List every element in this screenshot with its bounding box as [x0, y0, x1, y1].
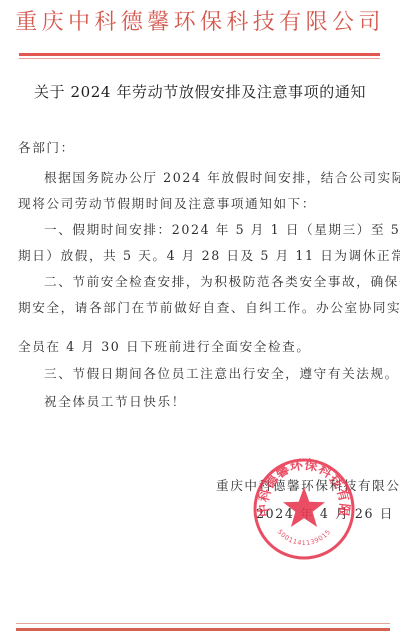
footer-rule-thick — [16, 628, 390, 631]
notice-title: 关于 2024 年劳动节放假安排及注意事项的通知 — [0, 82, 400, 102]
body-line: 二、节前安全检查安排，为积极防范各类安全事故，确保公司假 — [44, 273, 386, 291]
signature-company: 重庆中科德馨环保科技有限公司 — [216, 477, 400, 495]
body-line: 全员在 4 月 30 日下班前进行全面安全检查。 — [18, 338, 386, 356]
body-line: 三、节假日期间各位员工注意出行安全，遵守有关法规。 — [44, 365, 386, 383]
body-line: 一、假期时间安排：2024 年 5 月 1 日（星期三）至 5 月 5 日（星 — [44, 221, 386, 239]
seal-code: 5001141139015 — [276, 528, 333, 547]
body-line: 期日）放假，共 5 天。4 月 28 日及 5 月 11 日为调休正常上班。 — [18, 247, 386, 265]
body-line: 期安全，请各部门在节前做好自查、自纠工作。办公室协同实验室安 — [18, 299, 386, 317]
letterhead-company-name: 重庆中科德馨环保科技有限公司 — [0, 8, 400, 38]
letterhead-rule-thick — [19, 53, 380, 56]
closing-line: 祝全体员工节日快乐！ — [44, 393, 386, 411]
signature-date: 2024 年 4 月 26 日 — [256, 505, 394, 523]
salutation: 各部门： — [18, 139, 386, 157]
svg-text:5001141139015: 5001141139015 — [276, 528, 333, 547]
body-line: 根据国务院办公厅 2024 年放假时间安排，结合公司实际情况， — [44, 169, 386, 187]
body-line: 现将公司劳动节假期时间及注意事项通知如下： — [18, 195, 386, 213]
letterhead-rule-thin — [19, 58, 380, 59]
footer-rule-thin — [16, 623, 390, 624]
